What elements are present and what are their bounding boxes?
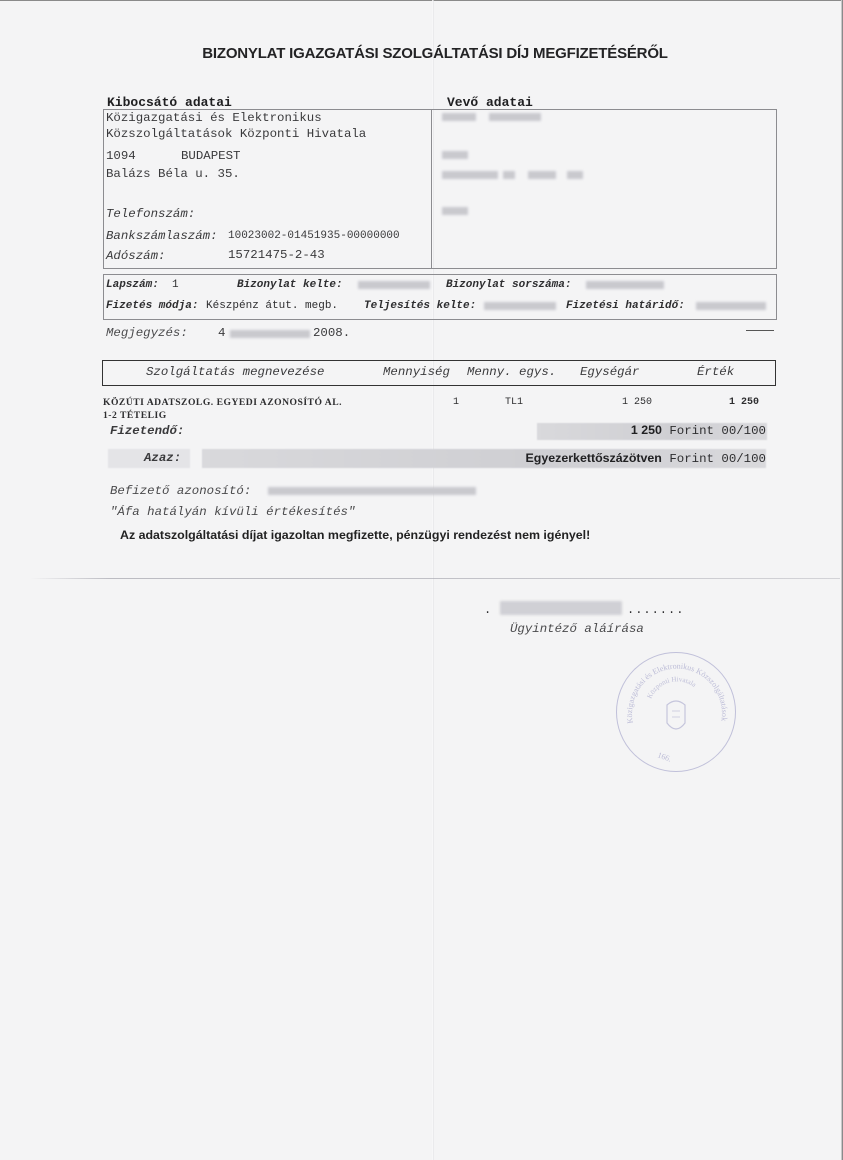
issuer-tax-value: 15721475-2-43 xyxy=(228,248,325,262)
redacted-buyer-name-1 xyxy=(442,113,476,121)
in-words-group: Egyezerkettőszázötven Forint 00/100 xyxy=(526,451,766,466)
payment-method-label: Fizetés módja: xyxy=(106,300,198,312)
issuer-tax-label: Adószám: xyxy=(106,249,166,263)
issuer-name-line1: Közigazgatási és Elektronikus xyxy=(106,111,322,125)
page-number-value: 1 xyxy=(172,279,179,291)
fold-line-horizontal xyxy=(30,578,840,579)
serial-number-label: Bizonylat sorszáma: xyxy=(446,279,571,291)
issuer-street: Balázs Béla u. 35. xyxy=(106,167,240,181)
issuer-postcode: 1094 xyxy=(106,149,136,163)
stamp-emblem-icon: Közigazgatási és Elektronikus Közszolgál… xyxy=(617,653,735,771)
signature-dot: . xyxy=(484,603,491,617)
item-quantity: 1 xyxy=(453,397,459,408)
document-meta-box xyxy=(103,274,777,320)
issuer-bank-label: Bankszámlaszám: xyxy=(106,229,218,243)
paid-statement: Az adatszolgáltatási díjat igazoltan meg… xyxy=(120,528,590,542)
note-prefix: 4 xyxy=(218,326,225,340)
redacted-buyer-postcode xyxy=(442,151,468,159)
note-rule xyxy=(746,330,774,331)
svg-text:Központi Hivatala: Központi Hivatala xyxy=(646,675,699,700)
official-stamp: Közigazgatási és Elektronikus Közszolgál… xyxy=(616,652,736,772)
payable-currency: Forint 00/100 xyxy=(669,424,766,438)
issue-date-label: Bizonylat kelte: xyxy=(237,279,343,291)
buyer-section-label: Vevő adatai xyxy=(447,95,533,110)
issuer-section-label: Kibocsátó adatai xyxy=(107,95,232,110)
stamp-outer-text: Közigazgatási és Elektronikus Közszolgál… xyxy=(625,662,729,725)
document-title: BIZONYLAT IGAZGATÁSI SZOLGÁLTATÁSI DÍJ M… xyxy=(0,45,843,62)
redacted-signature xyxy=(500,601,622,615)
note-suffix: 2008. xyxy=(313,326,350,340)
completion-date-label: Teljesítés kelte: xyxy=(364,300,476,312)
redacted-due-date xyxy=(696,302,766,310)
item-unit: TL1 xyxy=(505,397,523,408)
issuer-bank-value: 10023002-01451935-00000000 xyxy=(228,230,400,242)
svg-text:Közigazgatási és Elektronikus: Közigazgatási és Elektronikus Közszolgál… xyxy=(625,662,729,725)
redacted-buyer-street-3 xyxy=(528,171,556,179)
in-words-currency: Forint 00/100 xyxy=(669,452,766,466)
redacted-note xyxy=(230,330,310,338)
item-value: 1 250 xyxy=(729,397,759,408)
in-words-label: Azaz: xyxy=(144,451,181,465)
redacted-payer-id xyxy=(268,487,476,495)
redacted-buyer-street-1 xyxy=(442,171,498,179)
signature-label: Ügyintéző aláírása xyxy=(510,622,644,636)
redacted-issue-date xyxy=(358,281,430,289)
header-unit: Menny. egys. xyxy=(467,365,556,379)
payable-amount: 1 250 xyxy=(631,423,662,437)
redacted-buyer-street-4 xyxy=(567,171,583,179)
payer-id-label: Befizető azonosító: xyxy=(110,484,251,498)
header-unit-price: Egységár xyxy=(580,365,640,379)
item-name-line1: KÖZÚTI ADATSZOLG. EGYEDI AZONOSÍTÓ AL. xyxy=(103,397,342,408)
redacted-buyer-name-2 xyxy=(489,113,541,121)
header-quantity: Mennyiség xyxy=(383,365,450,379)
redacted-buyer-street-2 xyxy=(503,171,515,179)
page-number-label: Lapszám: xyxy=(106,279,159,291)
page-edge xyxy=(0,0,843,1)
signature-dots: ....... xyxy=(627,603,684,617)
header-value: Érték xyxy=(697,365,734,379)
vat-note: "Áfa hatályán kívüli értékesítés" xyxy=(110,505,355,519)
item-unit-price: 1 250 xyxy=(622,397,652,408)
in-words-amount: Egyezerkettőszázötven xyxy=(526,451,662,465)
redacted-completion-date xyxy=(484,302,556,310)
stamp-inner-text: Központi Hivatala xyxy=(646,675,699,700)
item-name-line2: 1-2 TÉTELIG xyxy=(103,410,167,421)
issuer-name-line2: Közszolgáltatások Központi Hivatala xyxy=(106,127,366,141)
payable-amount-group: 1 250 Forint 00/100 xyxy=(631,423,766,438)
issuer-city: BUDAPEST xyxy=(181,149,241,163)
stamp-number: 166. xyxy=(656,750,672,763)
header-service-name: Szolgáltatás megnevezése xyxy=(146,365,324,379)
payable-label: Fizetendő: xyxy=(110,424,184,438)
note-label: Megjegyzés: xyxy=(106,326,188,340)
party-divider xyxy=(431,109,432,268)
redacted-serial-number xyxy=(586,281,664,289)
redacted-buyer-extra xyxy=(442,207,468,215)
issuer-phone-label: Telefonszám: xyxy=(106,207,195,221)
payment-method-value: Készpénz átut. megb. xyxy=(206,300,338,312)
due-date-label: Fizetési határidő: xyxy=(566,300,685,312)
